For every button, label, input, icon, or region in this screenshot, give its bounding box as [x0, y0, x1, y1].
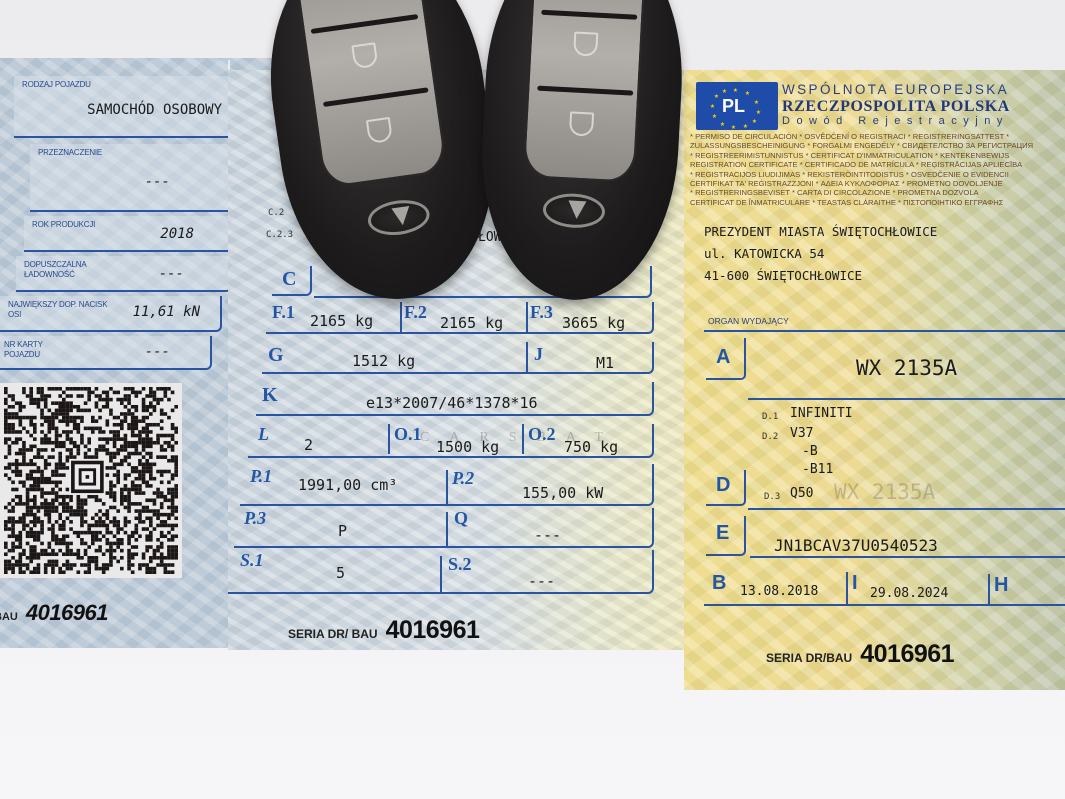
code-label: Q: [454, 508, 468, 529]
field-label: PRZEZNACZENIE: [38, 148, 102, 158]
field-value: ---: [145, 174, 170, 190]
multilingual-line: ZULASSUNGSBESCHEINIGUNG * FORGALMI ENGED…: [690, 141, 1065, 150]
code-label: O.1: [394, 424, 422, 445]
issuer-label: ORGAN WYDAJĄCY: [708, 316, 789, 326]
lock-icon: [569, 111, 594, 136]
model: Q50: [790, 486, 813, 501]
vin: JN1BCAV37U0540523: [774, 536, 938, 555]
divider: [526, 342, 528, 372]
issuer-line1: PREZYDENT MIASTA ŚWIĘTOCHŁOWICE: [704, 224, 937, 239]
header-eu: WSPÓLNOTA EUROPEJSKA: [782, 82, 1009, 97]
code-label: K: [262, 384, 278, 407]
field-label: NAJWIĘKSZY DOP. NACISK OSI: [8, 300, 108, 320]
row-s1-s2: S.1 5 S.2 ---: [228, 550, 654, 594]
cell-value: e13*2007/46*1378*16: [366, 394, 538, 412]
code-box-a: A: [706, 338, 746, 380]
row-p3-q: P.3 P Q ---: [234, 508, 654, 548]
divider: [704, 330, 1065, 332]
code-label: H: [994, 574, 1008, 597]
code-label: P.3: [244, 508, 266, 529]
divider: [988, 574, 990, 606]
field-vehicle-card: NR KARTY POJAZDU ---: [0, 336, 212, 370]
cell-value: ---: [534, 526, 561, 544]
code-label: S.2: [448, 554, 472, 575]
field-vin: JN1BCAV37U0540523: [750, 516, 1065, 558]
field-registration-number: WX 2135A: [748, 338, 1065, 400]
divider: [446, 512, 448, 546]
divider: [446, 470, 448, 504]
code-label: J: [534, 344, 543, 365]
2d-barcode-icon: [0, 383, 182, 578]
row-c-code: C: [272, 266, 312, 296]
infiniti-logo-icon: [366, 196, 432, 238]
divider: [526, 302, 528, 332]
row-g-j: G 1512 kg J M1: [262, 342, 654, 374]
code-box-e: E: [706, 516, 746, 556]
code-label: I: [852, 572, 858, 595]
code-label: A: [716, 346, 730, 369]
header-doc-title: Dowód Rejestracyjny: [782, 115, 1009, 127]
button-separator: [323, 87, 429, 107]
multilingual-line: * REGISTREERIMISTUNNISTUS * CERTIFICAT D…: [690, 151, 1065, 160]
multilingual-line: REGISTRATION CERTIFICATE * CERTIFICADO D…: [690, 160, 1065, 169]
first-registration-date: 13.08.2018: [740, 584, 818, 599]
type: V37: [790, 426, 813, 441]
faint-stamp: WX 2135A: [834, 480, 935, 504]
cell-value: 1512 kg: [352, 352, 415, 370]
variant: -B: [802, 444, 818, 459]
field-value: SAMOCHÓD OSOBOWY: [87, 102, 222, 118]
multilingual-titles: * PERMISO DE CIRCULACIÓN * OSVĚDČENÍ O R…: [690, 132, 1065, 207]
serial-label: SERIA DR/BAU: [766, 651, 852, 665]
field-label: DOPUSZCZALNA ŁADOWNOŚĆ: [24, 260, 114, 280]
code-label: P.2: [452, 468, 474, 489]
row-dates: B 13.08.2018 I 29.08.2024 H: [704, 564, 1065, 606]
infiniti-logo-icon: [542, 192, 606, 229]
version: -B11: [802, 462, 833, 477]
button-separator: [311, 14, 419, 34]
code-d1: D.1: [762, 412, 778, 422]
multilingual-line: * PERMISO DE CIRCULACIÓN * OSVĚDČENÍ O R…: [690, 132, 1065, 141]
field-label: RODZAJ POJAZDU: [22, 80, 91, 90]
field-value: 2018: [160, 226, 194, 242]
field-production-year: ROK PRODUKCJI 2018: [24, 216, 238, 252]
serial-number: 4016961: [386, 616, 480, 645]
code-c23: C.2.3: [266, 230, 293, 240]
unlock-icon: [351, 42, 378, 69]
multilingual-line: * REGISTRERINGSBEVISET * CARTA DI CIRCOL…: [690, 188, 1065, 197]
registration-date: 29.08.2024: [870, 586, 948, 601]
cell-value: 2: [304, 436, 313, 454]
issuer-line2: ul. KATOWICKA 54: [704, 246, 824, 261]
eu-flag-icon: PL ★ ★ ★ ★ ★ ★ ★ ★ ★ ★ ★ ★: [696, 82, 778, 130]
divider: [440, 556, 442, 592]
cell-value: 1991,00 cm³: [298, 476, 397, 494]
field-value: ---: [159, 266, 184, 282]
code-c2: C.2: [268, 208, 284, 218]
row-f: F.1 2165 kg F.2 2165 kg F.3 3665 kg: [266, 302, 654, 334]
cell-value: P: [338, 522, 347, 540]
watermark: CARSBAT: [420, 430, 623, 446]
divider: [748, 508, 1065, 510]
middle-serial: SERIA DR/ BAU 4016961: [288, 616, 479, 645]
code-label: P.1: [250, 466, 272, 487]
unlock-icon: [573, 31, 598, 56]
serial-label: SERIA DR/ BAU: [288, 627, 378, 641]
divider: [846, 572, 848, 606]
button-separator: [541, 10, 637, 20]
code-label: G: [268, 344, 284, 367]
cell-value: 5: [336, 564, 345, 582]
country-code: PL: [722, 96, 745, 117]
code-label: F.2: [404, 302, 427, 323]
field-label: ROK PRODUKCJI: [32, 220, 102, 230]
divider: [388, 424, 390, 454]
code-label: S.1: [240, 550, 264, 571]
multilingual-line: * REGISTRACIJOS LIUDIJIMAS * REKISTERÖIN…: [690, 170, 1065, 179]
multilingual-line: CERTIFICAT DE ÎNMATRICULARE * TEASTAS CL…: [690, 198, 1065, 207]
field-axle-load: NAJWIĘKSZY DOP. NACISK OSI 11,61 kN: [0, 296, 222, 332]
code-label: E: [716, 522, 729, 545]
serial-label: BAU: [0, 611, 18, 623]
code-box-d: D: [706, 470, 746, 506]
code-label: B: [712, 572, 726, 595]
cell-value: 2165 kg: [440, 314, 503, 332]
registration-number: WX 2135A: [856, 356, 957, 380]
field-purpose: PRZEZNACZENIE ---: [30, 144, 250, 212]
code-d2: D.2: [762, 432, 778, 442]
field-label: NR KARTY POJAZDU: [4, 340, 64, 360]
button-separator: [537, 86, 633, 96]
document-right-panel: PL ★ ★ ★ ★ ★ ★ ★ ★ ★ ★ ★ ★ WSPÓLNOTA EUR…: [684, 70, 1065, 690]
cell-value: 155,00 kW: [522, 484, 603, 502]
fob-button-panel: [523, 0, 646, 183]
issuer-line3: 41-600 ŚWIĘTOCHŁOWICE: [704, 268, 862, 283]
code-label: F.1: [272, 302, 295, 323]
multilingual-line: ĊERTIFIKAT TA' REĠISTRAZZJONI * ΑΔΕΙΑ ΚΥ…: [690, 179, 1065, 188]
code-label: D: [716, 474, 730, 497]
fob-button-panel: [296, 0, 448, 189]
cell-value: M1: [596, 354, 614, 372]
cell-value: 2165 kg: [310, 312, 373, 330]
row-k: K e13*2007/46*1378*16: [256, 382, 654, 416]
field-payload: DOPUSZCZALNA ŁADOWNOŚĆ ---: [16, 256, 232, 292]
row-p1-p2: P.1 1991,00 cm³ P.2 155,00 kW: [240, 464, 654, 506]
cell-value: ---: [528, 572, 555, 590]
field-value: 11,61 kN: [133, 304, 200, 320]
divider: [400, 302, 402, 332]
serial-number: 4016961: [26, 600, 108, 626]
field-vehicle-type: RODZAJ POJAZDU SAMOCHÓD OSOBOWY: [14, 76, 260, 138]
code-label: L: [258, 424, 269, 445]
left-serial: BAU 4016961: [0, 600, 108, 626]
header-country: RZECZPOSPOLITA POLSKA: [782, 98, 1010, 116]
make: INFINITI: [790, 406, 853, 421]
code-label: F.3: [530, 302, 553, 323]
code-d3: D.3: [764, 492, 780, 502]
serial-number: 4016961: [860, 640, 954, 669]
field-value: ---: [145, 344, 170, 360]
cell-value: 3665 kg: [562, 314, 625, 332]
code-label: C: [282, 268, 296, 291]
right-serial: SERIA DR/BAU 4016961: [766, 640, 954, 669]
lock-icon: [366, 117, 393, 144]
